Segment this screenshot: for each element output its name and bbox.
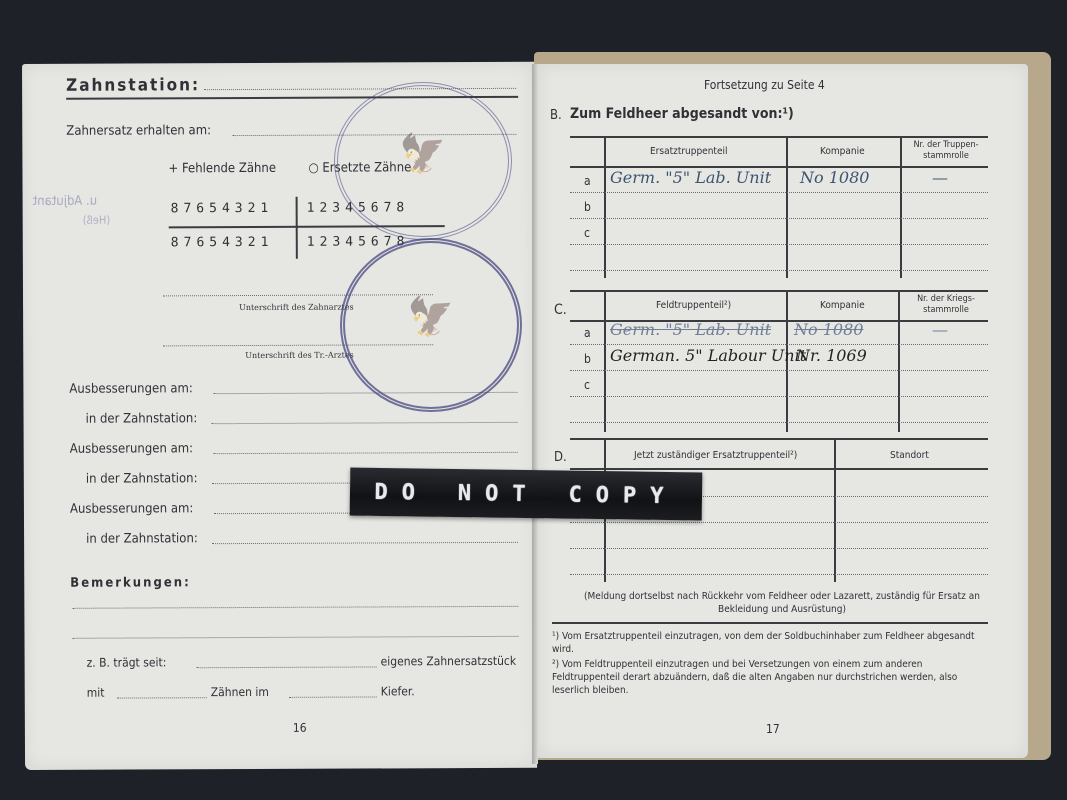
section-b-col-line-3 <box>900 136 902 278</box>
section-c-top-rule <box>570 290 988 292</box>
repair-2-station: in der Zahnstation: <box>86 471 198 486</box>
page-number-left: 16 <box>293 721 307 735</box>
do-not-copy-label: DO NOT COPY <box>350 468 703 521</box>
page-number-right: 17 <box>766 722 780 736</box>
section-b-row-c-key: c <box>584 226 590 240</box>
section-c-row-c-key: c <box>584 378 590 392</box>
missing-teeth-legend: + Fehlende Zähne <box>168 161 276 176</box>
plus-icon: + <box>168 161 178 176</box>
doctor-signature-label: Unterschrift des Tr.-Arztes <box>245 351 353 360</box>
jaw-label: Kiefer. <box>381 684 415 698</box>
repair-1-station-line[interactable] <box>212 422 518 424</box>
label-word: DO <box>374 479 429 505</box>
section-b-col-line-1 <box>604 136 606 278</box>
section-d-header-location: Standort <box>890 450 929 461</box>
section-b-row-a-number[interactable]: — <box>932 168 948 187</box>
section-d-header-rule <box>570 468 988 470</box>
footnote-2: ²) Vom Feldtruppenteil einzutragen und b… <box>552 658 990 697</box>
remarks-line-2[interactable] <box>73 636 519 639</box>
section-c-row-b-unit[interactable]: German. 5" Labour Unit <box>610 346 806 365</box>
section-d-note: (Meldung dortselbst nach Rückkehr vom Fe… <box>572 590 992 616</box>
section-b-row-a-company[interactable]: No 1080 <box>800 168 869 187</box>
station-line <box>204 88 516 90</box>
wears-since-line[interactable] <box>197 666 377 668</box>
remarks-line-1[interactable] <box>72 606 518 609</box>
section-d-top-rule <box>570 438 988 440</box>
official-stamp-lower: 🦅 <box>340 238 522 412</box>
repair-1-label: Ausbesserungen am: <box>69 381 192 397</box>
tooth-upper-left: 87654321 <box>171 201 274 216</box>
tooth-chart-vertical <box>296 197 298 259</box>
footnote-1: ¹) Vom Ersatztruppenteil einzutragen, vo… <box>552 630 990 656</box>
replacement-label: Zahnersatz erhalten am: <box>66 123 211 139</box>
section-c-header-unit: Feldtruppenteil²) <box>656 300 731 311</box>
section-c-row-a-line <box>570 344 988 345</box>
section-b-title: Zum Feldheer abgesandt von:¹) <box>570 106 794 122</box>
faded-stamp-text: u. Adjutant <box>33 194 98 209</box>
section-c-row-a-company[interactable]: No 1080 <box>794 320 863 339</box>
circle-icon: ○ <box>308 161 318 176</box>
section-b-row-c-line[interactable] <box>570 244 988 245</box>
tooth-lower-left: 87654321 <box>171 235 274 250</box>
faded-stamp-sub: (Heß) <box>83 214 111 227</box>
section-c-row-a-key: a <box>584 326 591 340</box>
section-d-line-4[interactable] <box>570 574 988 575</box>
section-b-row-b-key: b <box>584 200 591 214</box>
right-page: Fortsetzung zu Seite 4 B. Zum Feldheer a… <box>538 64 1028 758</box>
section-d-line-3[interactable] <box>570 548 988 549</box>
wears-since-label: z. B. trägt seit: <box>87 655 167 669</box>
section-c-row-d-line[interactable] <box>570 422 988 423</box>
section-d-line-2[interactable] <box>570 522 988 523</box>
section-b-row-a-key: a <box>584 174 591 188</box>
section-b-header-unit: Ersatztruppenteil <box>650 146 727 157</box>
section-b-header-number: Nr. der Truppen-stammrolle <box>906 140 986 162</box>
repair-1-station: in der Zahnstation: <box>86 411 198 426</box>
repair-3-station-line[interactable] <box>212 542 518 544</box>
section-b-row-a-line <box>570 192 988 193</box>
dentist-signature-label: Unterschrift des Zahnarztes <box>239 303 354 312</box>
section-c-row-a-number[interactable]: — <box>932 320 948 339</box>
section-b-header-company: Kompanie <box>820 146 865 157</box>
section-d-col-line-2 <box>834 438 836 582</box>
section-c-col-line-1 <box>604 290 606 432</box>
section-c-row-b-key: b <box>584 352 591 366</box>
section-b-letter: B. <box>550 108 562 123</box>
repair-2-line[interactable] <box>214 452 518 454</box>
jaw-line[interactable] <box>289 696 377 697</box>
section-d-letter: D. <box>554 450 567 465</box>
section-b-top-rule <box>570 136 988 138</box>
teeth-in-label: Zähnen im <box>211 685 269 699</box>
continuation-heading: Fortsetzung zu Seite 4 <box>704 78 825 92</box>
eagle-emblem-icon: 🦅 <box>399 131 446 176</box>
page-title: Zahnstation: <box>66 75 200 96</box>
eagle-emblem-icon: 🦅 <box>407 294 454 339</box>
repair-3-station: in der Zahnstation: <box>86 531 198 546</box>
section-b-col-line-2 <box>786 136 788 278</box>
section-b-row-b-line[interactable] <box>570 218 988 219</box>
section-b-row-a-unit[interactable]: Germ. "5" Lab. Unit <box>610 168 771 187</box>
section-b-row-d-line[interactable] <box>570 270 988 271</box>
remarks-label: Bemerkungen: <box>70 575 191 591</box>
footnote-rule <box>552 622 988 624</box>
section-c-letter: C. <box>554 302 567 318</box>
official-stamp-upper: 🦅 <box>334 82 512 240</box>
label-word: COPY <box>568 482 677 509</box>
section-c-header-company: Kompanie <box>820 300 865 311</box>
section-c-row-b-company[interactable]: Nr. 1069 <box>796 346 867 365</box>
section-c-header-number: Nr. der Kriegs-stammrolle <box>906 294 986 316</box>
own-denture-label: eigenes Zahnersatzstück <box>381 654 517 669</box>
section-c-row-a-unit[interactable]: Germ. "5" Lab. Unit <box>610 320 771 339</box>
repair-2-label: Ausbesserungen am: <box>70 441 193 457</box>
teeth-count-line[interactable] <box>117 697 207 698</box>
section-c-row-b-line <box>570 370 988 371</box>
section-c-row-c-line[interactable] <box>570 396 988 397</box>
section-d-header-unit: Jetzt zuständiger Ersatztruppenteil²) <box>634 450 797 461</box>
section-c-col-line-3 <box>898 290 900 432</box>
repair-3-label: Ausbesserungen am: <box>70 501 193 517</box>
with-label: mit <box>87 686 105 700</box>
label-word: NOT <box>458 481 540 507</box>
